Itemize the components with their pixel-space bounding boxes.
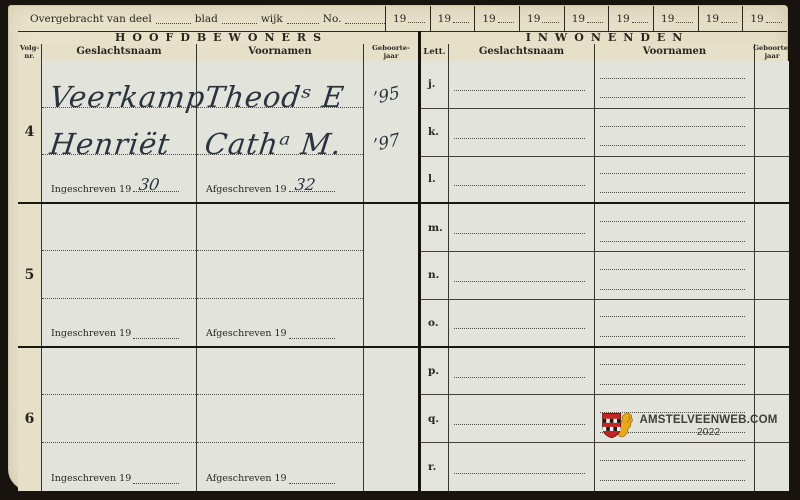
letter-label: o. — [421, 300, 448, 346]
letter-label: q. — [421, 395, 448, 442]
left-column-headers: Volg- nr. Geslachtsnaam Voornamen Geboor… — [18, 44, 418, 61]
hoofdbewoners-title: HOOFDBEWONERS — [18, 31, 418, 44]
transfer-fields: Overgebracht van deel blad wijk No. — [18, 6, 385, 31]
inwonenden-row-k: k. — [421, 109, 789, 157]
geboortejaar-column — [363, 348, 418, 491]
blad-blank — [222, 13, 257, 24]
right-column-headers: Lett. Geslachtsnaam Voornamen Geboorte- … — [421, 44, 789, 61]
volgnr-value: 5 — [18, 204, 41, 345]
geslachtsnaam-header: Geslachtsnaam — [41, 44, 196, 61]
deel-blank — [156, 13, 191, 24]
geboortejaar-header: Geboorte- jaar — [363, 44, 418, 61]
year-cell: 19 — [698, 6, 743, 31]
wijk-blank — [287, 13, 319, 24]
letter-label: k. — [421, 109, 448, 156]
year-cell: 19 — [519, 6, 564, 31]
volgnr-value: 6 — [18, 348, 41, 491]
geboortejaar-header: Geboorte- jaar — [754, 44, 789, 61]
year-cell: 19 — [564, 6, 609, 31]
geslachtsnaam-column: Ingeschreven 19 — [41, 204, 196, 345]
no-blank — [345, 13, 385, 24]
voornamen-column: Afgeschreven 19 — [196, 348, 363, 491]
geslachtsnaam-header: Geslachtsnaam — [448, 44, 594, 61]
ingeschreven-label: Ingeschreven 19 — [51, 328, 131, 339]
inwonenden-row-r: r. — [421, 443, 789, 491]
lett-header: Lett. — [421, 44, 448, 61]
transfer-row: Overgebracht van deel blad wijk No. 19 1… — [18, 6, 787, 32]
voornamen-header: Voornamen — [196, 44, 363, 61]
inwonenden-row-n: n. — [421, 252, 789, 300]
ingeschreven-label: Ingeschreven 19 — [51, 184, 131, 195]
letter-label: r. — [421, 443, 448, 491]
year-cell: 19 — [742, 6, 787, 31]
voornamen-column: Afgeschreven 19 — [196, 204, 363, 345]
letter-label: m. — [421, 204, 448, 251]
inwonenden-row-l: l. — [421, 157, 789, 205]
handwritten-birthyear: ’97 — [372, 130, 401, 156]
blad-label: blad — [195, 13, 218, 25]
transfer-label: Overgebracht van deel — [30, 13, 152, 25]
hoofdbewoners-group-6: 6 Ingeschreven 19 Afgeschreven 19 — [18, 348, 418, 491]
hoofdbewoners-group-4: 4 Veerkamp Henriët Ingeschreven 19 30 Th… — [18, 61, 418, 204]
voornamen-column: Theodˢ E Cathᵃ M. Afgeschreven 19 32 — [196, 61, 363, 202]
year-cells: 19 19 19 19 19 19 19 19 19 — [385, 6, 787, 31]
volgnr-header: Volg- nr. — [18, 44, 41, 61]
afgeschreven-label: Afgeschreven 19 — [206, 328, 287, 339]
section-divider — [418, 31, 421, 491]
register-card: Overgebracht van deel blad wijk No. 19 1… — [8, 5, 788, 491]
watermark: AMSTELVEENWEB.COM 2022 — [599, 404, 777, 448]
watermark-site: AMSTELVEENWEB.COM — [640, 414, 778, 426]
hoofdbewoners-group-5: 5 Ingeschreven 19 Afgeschreven 19 — [18, 204, 418, 347]
voornamen-header: Voornamen — [594, 44, 754, 61]
letter-label: n. — [421, 252, 448, 299]
handwritten-birthyear: ’95 — [372, 83, 401, 109]
watermark-year: 2022 — [697, 426, 720, 438]
inwonenden-title: INWONENDEN — [421, 31, 787, 44]
hoofdbewoners-table: 4 Veerkamp Henriët Ingeschreven 19 30 Th… — [18, 61, 418, 491]
geslachtsnaam-column: Ingeschreven 19 — [41, 348, 196, 491]
column-header-row: Volg- nr. Geslachtsnaam Voornamen Geboor… — [18, 44, 787, 62]
inwonenden-row-o: o. — [421, 300, 789, 348]
afgeschreven-label: Afgeschreven 19 — [206, 184, 287, 195]
amstelveen-coat-of-arms-icon — [599, 410, 635, 442]
year-cell: 19 — [653, 6, 698, 31]
volgnr-value: 4 — [18, 61, 41, 202]
geboortejaar-column — [363, 204, 418, 345]
ingeschreven-label: Ingeschreven 19 — [51, 473, 131, 484]
inwonenden-row-m: m. — [421, 204, 789, 252]
year-cell: 19 — [474, 6, 519, 31]
wijk-label: wijk — [261, 13, 283, 25]
afgeschreven-label: Afgeschreven 19 — [206, 473, 287, 484]
letter-label: j. — [421, 61, 448, 108]
letter-label: l. — [421, 157, 448, 203]
no-label: No. — [323, 13, 342, 25]
letter-label: p. — [421, 348, 448, 395]
year-cell: 19 — [385, 6, 430, 31]
geboortejaar-column: ’95 ’97 — [363, 61, 418, 202]
section-title-row: HOOFDBEWONERS INWONENDEN — [18, 31, 787, 45]
year-cell: 19 — [430, 6, 475, 31]
year-cell: 19 — [608, 6, 653, 31]
inwonenden-row-p: p. — [421, 348, 789, 396]
inwonenden-row-j: j. — [421, 61, 789, 109]
geslachtsnaam-column: Veerkamp Henriët Ingeschreven 19 30 — [41, 61, 196, 202]
